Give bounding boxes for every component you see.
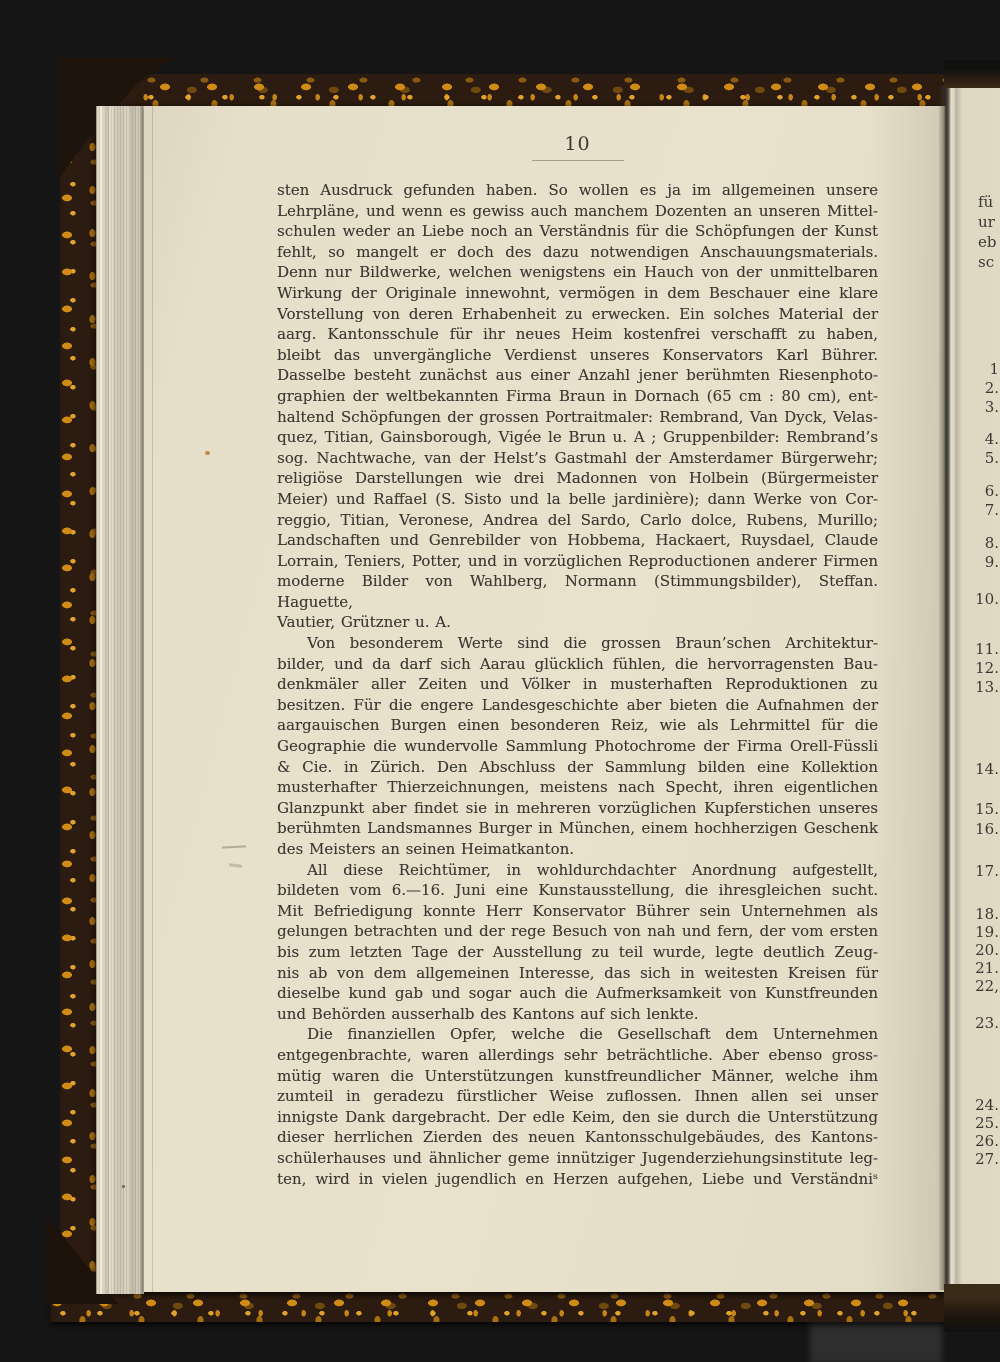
next-page-list-number: 12. [951, 659, 1000, 678]
next-page-list-number: 22, [951, 977, 1000, 996]
text-line: moderne Bilder von Wahlberg, Normann (St… [277, 571, 878, 612]
text-line: und Behörden ausserhalb des Kantons auf … [277, 1004, 878, 1025]
next-page-list-number: 7. [951, 501, 1000, 520]
text-line: Meier) und Raffael (S. Sisto und la bell… [277, 489, 878, 510]
next-page-list-number: 27. [951, 1150, 1000, 1169]
text-line: & Cie. in Zürich. Den Abschluss der Samm… [277, 757, 878, 778]
gutter-shadow [938, 86, 954, 1290]
next-page-list-number: 2. [951, 379, 1000, 398]
next-page-list-number: 5. [951, 449, 1000, 468]
next-page-list-number: 20. [951, 941, 1000, 960]
text-line: innigste Dank dargebracht. Der edle Keim… [277, 1107, 878, 1128]
text-line: nis ab von dem allgemeinen Interesse, da… [277, 963, 878, 984]
text-line: Vautier, Grützner u. A. [277, 612, 878, 633]
text-line: bleibt das unvergängliche Verdienst unse… [277, 345, 878, 366]
next-page-text-fragment: eb [978, 232, 996, 252]
text-line: All diese Reichtümer, in wohldurchdachte… [277, 860, 878, 881]
next-page-list-number: 10. [951, 590, 1000, 609]
book-cover-edge-bottom-right [944, 1284, 1000, 1332]
text-line: Denn nur Bildwerke, welchen wenigstens e… [277, 262, 878, 283]
next-page-text-fragment: sc [978, 252, 994, 272]
text-line: bis zum letzten Tage der Ausstellung zu … [277, 942, 878, 963]
text-line: ten, wird in vielen jugendlich en Herzen… [277, 1169, 878, 1190]
next-page-list-number: 6. [951, 482, 1000, 501]
text-line: entgegenbrachte, waren allerdings sehr b… [277, 1045, 878, 1066]
text-line: Landschaften und Genrebilder von Hobbema… [277, 530, 878, 551]
book-cover-marbled-edge-top [64, 74, 958, 110]
next-page-list-number: 14. [951, 760, 1000, 779]
page-edge-stack [96, 106, 144, 1294]
text-line: dieselbe kund gab und sogar auch die Auf… [277, 983, 878, 1004]
text-line: Von besonderem Werte sind die grossen Br… [277, 633, 878, 654]
text-line: Die finanziellen Opfer, welche die Gesel… [277, 1024, 878, 1045]
next-page-edge: füurebsc12.3.4.5.6.7.8.9.10.11.12.13.14.… [952, 86, 1000, 1286]
page-body-text: sten Ausdruck gefunden haben. So wollen … [277, 180, 878, 1189]
text-line: gelungen betrachten und der rege Besuch … [277, 921, 878, 942]
next-page-list-number: 3. [951, 398, 1000, 417]
page-header: 10 [277, 133, 878, 161]
page-number-rule [532, 160, 624, 161]
text-line: mütig waren die Unterstützungen kunstfre… [277, 1066, 878, 1087]
text-line: Wirkung der Originale innewohnt, vermöge… [277, 283, 878, 304]
text-line: Lehrpläne, und wenn es gewiss auch manch… [277, 201, 878, 222]
next-page-list-number: 18. [951, 905, 1000, 924]
book-cover-marbled-edge-bottom [50, 1290, 950, 1322]
page-number: 10 [277, 133, 878, 155]
book-cover-marbled-edge-left [60, 74, 98, 1314]
text-line: dieser herrlichen Zierden des neuen Kant… [277, 1127, 878, 1148]
text-line: Dasselbe besteht zunächst aus einer Anza… [277, 365, 878, 386]
text-line: schülerhauses und ähnlicher geme innützi… [277, 1148, 878, 1169]
next-page-list-number: 9. [951, 553, 1000, 572]
text-line: berühmten Landsmannes Burger in München,… [277, 818, 878, 839]
next-page-list-number: 26. [951, 1132, 1000, 1151]
next-page-list-number: 1 [951, 360, 1000, 379]
next-page-list-number: 23. [951, 1014, 1000, 1033]
next-page-list-number: 25. [951, 1114, 1000, 1133]
next-page-list-number: 13. [951, 678, 1000, 697]
next-page-list-number: 15. [951, 800, 1000, 819]
next-page-list-number: 19. [951, 923, 1000, 942]
book-cover-edge-top-right [944, 60, 1000, 88]
text-line: aargauischen Burgen einen besonderen Rei… [277, 715, 878, 736]
text-line: sog. Nachtwache, van der Helst’s Gastmah… [277, 448, 878, 469]
next-page-list-number: 16. [951, 820, 1000, 839]
text-line: denkmäler aller Zeiten und Völker in mus… [277, 674, 878, 695]
next-page-list-number: 8. [951, 534, 1000, 553]
next-page-list-number: 24. [951, 1096, 1000, 1115]
text-line: aarg. Kantonsschule für ihr neues Heim k… [277, 324, 878, 345]
next-page-list-number: 11. [951, 640, 1000, 659]
text-line: reggio, Titian, Veronese, Andrea del Sar… [277, 510, 878, 531]
text-line: graphien der weltbekannten Firma Braun i… [277, 386, 878, 407]
text-line: des Meisters an seinen Heimatkanton. [277, 839, 878, 860]
text-line: musterhafter Thierzeichnungen, meistens … [277, 777, 878, 798]
text-line: Mit Befriedigung konnte Herr Konservator… [277, 901, 878, 922]
text-line: zumteil in geradezu fürstlicher Weise zu… [277, 1086, 878, 1107]
paper-speck [122, 1185, 125, 1188]
text-line: sten Ausdruck gefunden haben. So wollen … [277, 180, 878, 201]
next-page-text-fragment: fü [978, 192, 993, 212]
text-line: quez, Titian, Gainsborough, Vigée le Bru… [277, 427, 878, 448]
text-line: Geographie die wundervolle Sammlung Phot… [277, 736, 878, 757]
text-line: bilder, und da darf sich Aarau glücklich… [277, 654, 878, 675]
next-page-list-number: 4. [951, 430, 1000, 449]
text-line: haltend Schöpfungen der grossen Portrait… [277, 407, 878, 428]
text-line: bildeten vom 6.—16. Juni eine Kunstausst… [277, 880, 878, 901]
next-page-list-number: 17. [951, 862, 1000, 881]
text-line: Glanzpunkt aber findet sie in mehreren v… [277, 798, 878, 819]
text-line: Lorrain, Teniers, Potter, und in vorzügl… [277, 551, 878, 572]
text-line: besitzen. Für die engere Landesgeschicht… [277, 695, 878, 716]
text-line: Vorstellung von deren Erhabenheit zu erw… [277, 304, 878, 325]
text-line: fehlt, so mangelt er doch des dazu notwe… [277, 242, 878, 263]
next-page-list-number: 21. [951, 959, 1000, 978]
paper-speck [205, 451, 210, 455]
book-photo: 10 sten Ausdruck gefunden haben. So woll… [0, 0, 1000, 1362]
text-line: religiöse Darstellungen wie drei Madonne… [277, 468, 878, 489]
next-page-text-fragment: ur [978, 212, 995, 232]
text-line: schulen weder an Liebe noch an Verständn… [277, 221, 878, 242]
